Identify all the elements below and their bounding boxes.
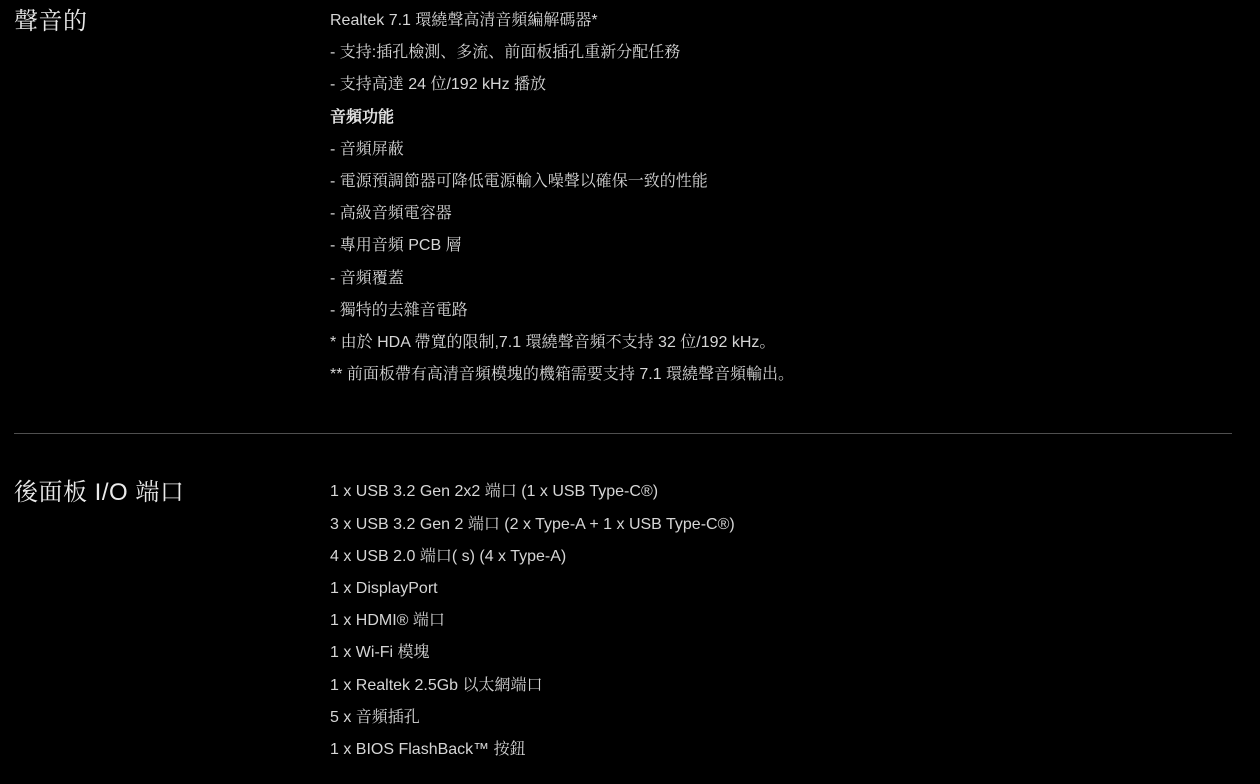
spec-line: 1 x USB 3.2 Gen 2x2 端口 (1 x USB Type-C®): [330, 476, 1232, 508]
spec-line: - 支持高達 24 位/192 kHz 播放: [330, 69, 1232, 101]
spec-footnote: * 由於 HDA 帶寬的限制,7.1 環繞聲音頻不支持 32 位/192 kHz…: [330, 327, 1232, 359]
spec-line: - 專用音頻 PCB 層: [330, 230, 1232, 262]
spec-subheading-audio-features: 音頻功能: [330, 102, 1232, 134]
spec-section-rear-io: 後面板 I/O 端口 1 x USB 3.2 Gen 2x2 端口 (1 x U…: [14, 434, 1232, 766]
spec-line: 1 x DisplayPort: [330, 573, 1232, 605]
section-content-rear-io: 1 x USB 3.2 Gen 2x2 端口 (1 x USB Type-C®)…: [330, 476, 1232, 766]
spec-sheet-page: 聲音的 Realtek 7.1 環繞聲高清音頻編解碼器* - 支持:插孔檢測、多…: [0, 0, 1260, 784]
spec-line: 4 x USB 2.0 端口( s) (4 x Type-A): [330, 541, 1232, 573]
spec-line: 5 x 音頻插孔: [330, 702, 1232, 734]
spec-footnote: ** 前面板帶有高清音頻模塊的機箱需要支持 7.1 環繞聲音頻輸出。: [330, 359, 1232, 391]
section-title-audio: 聲音的: [14, 5, 330, 39]
spec-line: 1 x Realtek 2.5Gb 以太網端口: [330, 670, 1232, 702]
spec-line: - 高級音頻電容器: [330, 198, 1232, 230]
spec-line: - 獨特的去雜音電路: [330, 295, 1232, 327]
spec-line: 3 x USB 3.2 Gen 2 端口 (2 x Type-A + 1 x U…: [330, 509, 1232, 541]
spec-section-audio: 聲音的 Realtek 7.1 環繞聲高清音頻編解碼器* - 支持:插孔檢測、多…: [14, 5, 1232, 391]
section-title-rear-io: 後面板 I/O 端口: [14, 476, 330, 510]
spec-line: - 電源預調節器可降低電源輸入噪聲以確保一致的性能: [330, 166, 1232, 198]
section-content-audio: Realtek 7.1 環繞聲高清音頻編解碼器* - 支持:插孔檢測、多流、前面…: [330, 5, 1232, 391]
spec-line: 1 x HDMI® 端口: [330, 605, 1232, 637]
spec-line: 1 x Wi-Fi 模塊: [330, 637, 1232, 669]
spec-line: - 音頻覆蓋: [330, 263, 1232, 295]
spec-line: - 音頻屏蔽: [330, 134, 1232, 166]
spec-line: 1 x BIOS FlashBack™ 按鈕: [330, 734, 1232, 766]
spec-line: Realtek 7.1 環繞聲高清音頻編解碼器*: [330, 5, 1232, 37]
spec-line: - 支持:插孔檢測、多流、前面板插孔重新分配任務: [330, 37, 1232, 69]
